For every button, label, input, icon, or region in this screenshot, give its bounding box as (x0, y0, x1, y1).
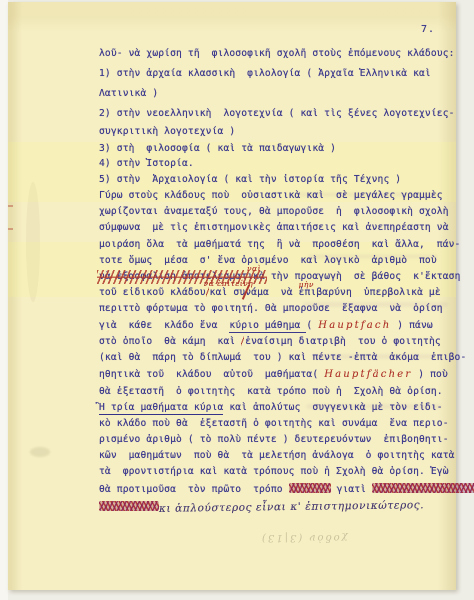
margin-mark (8, 205, 13, 207)
typed-line-corrected: νὰ ἐξασφαλίση ἀποτελεσματικὰναὶ τὴν προα… (99, 270, 461, 283)
typed-segment: θὰ προτιμοῦσα τὸν πρῶτο τρόπο (99, 484, 289, 495)
typed-line: κῶν μαθημάτων ποὺ θὰ τὰ μελετήση ἀνάλογα… (99, 449, 455, 462)
handwritten-german-term: Hauptfach (318, 320, 391, 331)
typed-segment: γιὰ κάθε κλάδο ἕνα (99, 320, 229, 331)
typed-segment: γιατὶ (331, 484, 372, 495)
typed-segment-wrap: μὴνἐπιβαρύνη ὑπερβολικὰ μὲ (299, 287, 441, 298)
typed-line: 4) στὴν Ἱστορία. (99, 157, 194, 170)
red-annotation: ναὶ (247, 262, 261, 275)
typed-segment-slashed: νὰ ἐπιτείνηκαὶ συνάμα νὰ (210, 286, 299, 299)
pencil-note: χοδὸν (3|13) (260, 532, 348, 543)
typed-line: συγκριτικὴ λογοτεχνία ) (99, 125, 235, 138)
typed-line: Γύρω στοὺς κλάδους ποὺ οὐσιαστικὰ καὶ σὲ… (99, 189, 443, 202)
paper-smudge (26, 182, 40, 302)
red-annotation: νὰ ἐπιτείνη (204, 277, 254, 290)
typed-line: λοῦ- νὰ χωρίση τῆ φιλοσοφικῆ σχολῆ στοὺς… (99, 47, 455, 60)
typed-line: 3) στὴ φιλοσοφία ( καὶ τὰ παιδαγωγικὰ ) (99, 142, 336, 155)
typed-line: Ἢ τρία μαθήματα κύρια καὶ ἀπολύτως συγγε… (99, 401, 443, 414)
handwritten-note: κι ἁπλούστερος εἶναι κ' ἐπιστημονικώτερο… (159, 499, 424, 516)
typed-line: κὸ κλάδο ποὺ θὰ ἐξεταστῆ ὁ φοιτητὴς καὶ … (99, 417, 449, 430)
scribble-redaction (372, 483, 474, 493)
typed-line: 1) στὴν ἀρχαία κλασσικὴ φιλολογία ( Ἀρχα… (99, 67, 431, 80)
scan-background: 7. λοῦ- νὰ χωρίση τῆ φιλοσοφικῆ σχολῆ στ… (0, 0, 474, 600)
typed-line: τὰ φροντιστήρια καὶ κατὰ τρόπους ποὺ ἡ Σ… (99, 465, 449, 478)
red-annotation: μὴν (299, 278, 314, 291)
typed-segment: στὸ ὁποῖο θὰ κάμη καὶ (99, 336, 241, 347)
typed-line-term: ηθητικὰ τοῦ κλάδου αὐτοῦ μαθήματα( Haupt… (99, 368, 448, 381)
typed-line: (καὶ θὰ πάρη τὸ δίπλωμά του ) καὶ πέντε … (99, 351, 466, 364)
typed-line: σύμφωνα μὲ τὶς ἐπιστημονικὲς ἀπαιτήσεις … (99, 221, 449, 234)
typed-line: 5) στὴν Ἀρχαιολογία ( καὶ τὴν ἱστορία τῆ… (99, 173, 401, 186)
typed-line: θὰ ἐξεταστῆ ὁ φοιτητὴς κατὰ τρόπο ποὺ ἡ … (99, 385, 443, 398)
page-number: 7. (421, 24, 435, 35)
underlined-phrase: Ἢ τρία μαθήματα κύρια (99, 402, 223, 415)
margin-mark (8, 228, 13, 230)
typed-segment: ἐναίσιμη διατριβὴ του ὁ φοιτητὴς (245, 336, 441, 347)
typed-line: χωρίζονται ἀναμεταξύ τους, θὰ μποροῦσε ἡ… (99, 205, 449, 218)
typed-segment: ) ποὺ (412, 369, 448, 380)
typed-line: στὸ ὁποῖο θὰ κάμη καὶ ἐναίσιμη διατριβὴ … (99, 335, 441, 348)
typed-line: περιττὸ φόρτωμα τὸ φοιτητή. Θὰ μποροῦσε … (99, 302, 443, 315)
typed-segment: τοῦ εἰδικοῦ κλάδου (99, 287, 206, 298)
handwritten-line: κι ἁπλούστερος εἶναι κ' ἐπιστημονικώτερο… (99, 501, 424, 514)
typed-segment: ἐπιβαρύνη ὑπερβολικὰ μὲ (299, 287, 441, 298)
typed-segment: τὴν προαγωγὴ σὲ βάθος κ'ἔκταση (265, 271, 461, 282)
document-page: 7. λοῦ- νὰ χωρίση τῆ φιλοσοφικῆ σχολῆ στ… (8, 2, 456, 590)
typed-segment: ) πάνω (391, 320, 432, 331)
underlined-term: κύριο μάθημα (229, 320, 306, 333)
scribble-redaction (289, 483, 331, 493)
typed-segment: ηθητικὰ τοῦ κλάδου αὐτοῦ μαθήματα( (99, 369, 324, 380)
typed-segment: ( (306, 320, 318, 331)
typed-line: ρισμένο ἀριθμὸ ( τὸ πολὺ πέντε ) δευτερε… (99, 433, 449, 446)
typed-line: μοιράση ὅλα τὰ μαθήματά της ἢ νὰ προσθέσ… (99, 238, 460, 251)
red-slash-icon (241, 335, 244, 346)
typed-line-term: γιὰ κάθε κλάδο ἕνα κύριο μάθημα ( Hauptf… (99, 319, 433, 332)
typed-line-corrected: τοῦ εἰδικοῦ κλάδουνὰ ἐπιτείνηκαὶ συνάμα … (99, 286, 441, 299)
scribble-redaction (99, 501, 159, 511)
typed-line: 2) στὴν νεοελληνικὴ λογοτεχνία ( καὶ τὶς… (99, 107, 455, 120)
typed-segment: καὶ ἀπολύτως συγγενικὰ μὲ τὸν εἰδι- (223, 402, 442, 413)
handwritten-german-term: Hauptfächer (324, 369, 412, 380)
pencil-smudge (30, 447, 50, 457)
typed-line-corrected: θὰ προτιμοῦσα τὸν πρῶτο τρόπο γιατὶ (99, 483, 474, 496)
typed-line: Λατινικὰ ) (99, 87, 158, 100)
typed-line: τοτε ὅμως μέσα σ' ἕνα ὁρισμένο καὶ λογικ… (99, 254, 437, 267)
